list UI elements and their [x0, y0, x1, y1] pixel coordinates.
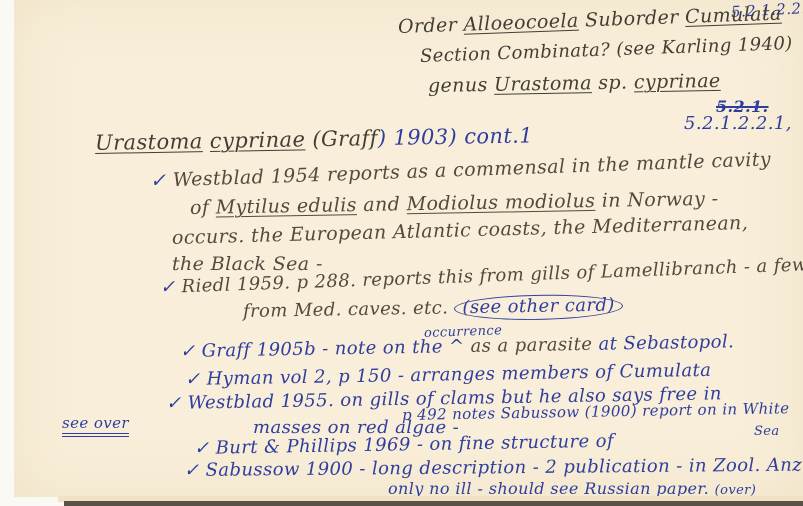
checkmark-icon: ✓ [185, 369, 207, 390]
margin-note-see-over: see over [62, 414, 129, 437]
checkmark-icon: ✓ [166, 393, 188, 414]
text-part: genus [428, 74, 494, 97]
text-part: ) 1903) cont.1 [378, 123, 534, 150]
text-part: Urastoma [95, 129, 203, 155]
text-part: Order [398, 14, 464, 38]
text-part: cyprinae [210, 127, 306, 153]
text-part: Suborder [578, 6, 685, 32]
checkmark-icon: ✓ [184, 460, 206, 481]
text-part: as a parasite [464, 334, 598, 357]
text-part: Alloeocoela [463, 10, 579, 36]
classification-number-large: 5.2.1.2.2.1, [684, 113, 792, 134]
text-part: and [357, 193, 407, 216]
text-part: (Graff [305, 126, 378, 151]
text-part: cyprinae [634, 70, 721, 94]
checkmark-icon: ✓ [160, 276, 182, 298]
text-part: Mytilus edulis [216, 194, 358, 218]
checkmark-icon: ✓ [150, 169, 174, 192]
text-part: of [190, 197, 216, 219]
text-part: at Sebastopol. [598, 331, 734, 354]
text-part: from Med. caves. etc. [243, 297, 455, 322]
text-part: Graff 1905b - note on the [201, 336, 449, 361]
checkmark-icon: ✓ [180, 341, 202, 362]
text-part: Modiolus modiolus [406, 190, 595, 215]
scanned-index-card-page: 5.2.1.2.2.1 Order Alloeocoela Suborder C… [0, 0, 803, 506]
entry-westblad-1955-page-note-wrap: Sea [754, 424, 780, 439]
text-part: Cumulata [685, 3, 782, 28]
text-part: Urastoma [494, 72, 592, 96]
caret-mark: ^ [449, 336, 465, 357]
text-part: sp. [592, 71, 634, 94]
card-stack-shadow [64, 501, 803, 506]
text-part: in Norway - [595, 188, 718, 212]
checkmark-icon: ✓ [194, 438, 216, 459]
